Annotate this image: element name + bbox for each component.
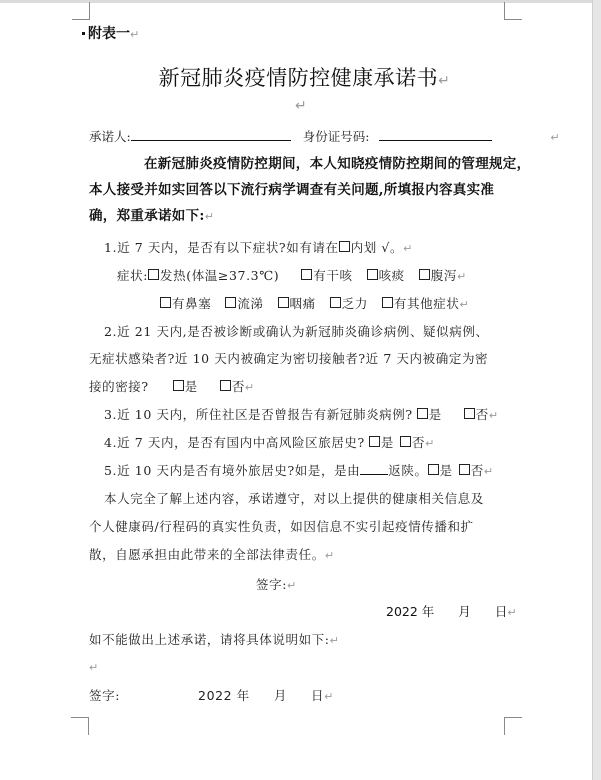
crop-mark-bottom-left [71, 717, 89, 735]
paragraph-mark-icon: ↵ [403, 242, 413, 255]
date-month: 月 [458, 604, 471, 619]
date-year: 2022 年 [386, 604, 434, 619]
symptoms-row-1: 症状:发热(体温≥37.3℃)有干咳咳痰腹泻↵ [117, 267, 467, 286]
question-2-line-3: 接的密接?是否↵ [89, 378, 255, 397]
signature-1: 签字:↵ [256, 576, 297, 595]
checkbox-q2-yes[interactable] [173, 380, 184, 391]
paragraph-mark-icon: ↵ [89, 661, 98, 674]
checkbox-q4-yes[interactable] [369, 436, 380, 447]
paragraph-mark-icon: ↵ [457, 270, 467, 283]
return-origin-field[interactable] [360, 462, 388, 475]
commitment-line-3: 散，自愿承担由此带来的全部法律责任。↵ [89, 546, 335, 565]
signature-label: 签字: [89, 688, 120, 703]
question-2-line-2: 无症状感染者?近 10 天内被确定为密切接触者?近 7 天内被确定为密 [89, 350, 488, 368]
date-month: 月 [274, 688, 287, 703]
question-1: 1.近 7 天内，是否有以下症状?如有请在内划 √。↵ [104, 239, 413, 258]
checkbox-q5-no[interactable] [459, 464, 470, 475]
id-number-field[interactable] [379, 127, 492, 141]
annex-label: 附表一↵ [82, 25, 139, 44]
checkbox-phlegm[interactable] [367, 269, 378, 280]
checkbox-q3-yes[interactable] [417, 408, 428, 419]
checkbox-dry-cough[interactable] [301, 269, 312, 280]
checkbox-q5-yes[interactable] [428, 464, 439, 475]
paragraph-mark-icon: ↵ [205, 210, 215, 223]
question-3: 3.近 10 天内，所住社区是否曾报告有新冠肺炎病例?是否↵ [104, 406, 499, 425]
checkbox-fever[interactable] [148, 269, 159, 280]
checkbox-example [339, 241, 350, 252]
commitment-line-2: 个人健康码/行程码的真实性负责，如因信息不实引起疫情传播和扩 [89, 518, 474, 536]
intro-line-3: 确，郑重承诺如下:↵ [89, 207, 214, 226]
date-year: 2022 年 [198, 688, 250, 703]
checkbox-q4-no[interactable] [400, 436, 411, 447]
signature-2: 签字:2022 年月日↵ [89, 687, 334, 706]
question-5: 5.近 10 天内是否有境外旅居史?如是，是由返陕。是否↵ [104, 462, 494, 481]
promiser-fields-row: 承诺人: 身份证号码: ↵ [89, 127, 560, 147]
crop-mark-top-left [72, 2, 90, 20]
date-day: 日 [495, 604, 508, 619]
paragraph-mark-icon: ↵ [325, 549, 335, 562]
commitment-line-1: 本人完全了解上述内容，承诺遵守，对以上提供的健康相关信息及 [104, 490, 484, 508]
checkbox-runny-nose[interactable] [225, 297, 236, 308]
question-2-line-1: 2.近 21 天内,是否被诊断或确认为新冠肺炎确诊病例、疑似病例、 [104, 323, 489, 341]
date-1: 2022 年月日↵ [386, 603, 517, 622]
symptoms-row-2: 有鼻塞流涕咽痛乏力有其他症状↵ [160, 295, 469, 314]
vertical-scrollbar-track[interactable] [592, 0, 601, 780]
paragraph-mark-icon: ↵ [245, 381, 255, 394]
checkbox-diarrhea[interactable] [419, 269, 430, 280]
paragraph-mark-icon: ↵ [295, 98, 307, 114]
signature-label: 签字: [256, 577, 287, 592]
question-4: 4.近 7 天内，是否有国内中高风险区旅居史?是否↵ [104, 434, 435, 453]
date-day: 日 [311, 688, 324, 703]
paragraph-mark-icon: ↵ [287, 579, 297, 592]
paragraph-mark-icon: ↵ [459, 298, 469, 311]
paragraph-mark-icon: ↵ [324, 690, 334, 703]
checkbox-fatigue[interactable] [330, 297, 341, 308]
paragraph-mark-icon: ↵ [330, 634, 340, 647]
paragraph-mark-icon: ↵ [550, 131, 559, 144]
id-number-label: 身份证号码: [303, 129, 370, 144]
intro-line-2: 本人接受并如实回答以下流行病学调查有关问题,所填报内容真实准 [89, 181, 494, 199]
empty-paragraph: ↵ [89, 659, 98, 677]
promiser-label: 承诺人: [89, 129, 131, 144]
paragraph-mark-icon: ↵ [438, 73, 450, 89]
crop-mark-top-right [504, 2, 522, 20]
paragraph-mark-icon: ↵ [489, 409, 499, 422]
checkbox-q2-no[interactable] [220, 380, 231, 391]
checkbox-other-symptoms[interactable] [382, 297, 393, 308]
list-bullet-icon [82, 32, 85, 35]
checkbox-q3-no[interactable] [464, 408, 475, 419]
empty-paragraph: ↵ [295, 97, 307, 116]
paragraph-mark-icon: ↵ [507, 606, 516, 619]
paragraph-mark-icon: ↵ [130, 28, 139, 41]
checkbox-sore-throat[interactable] [278, 297, 289, 308]
document-title: 新冠肺炎疫情防控健康承诺书↵ [0, 64, 601, 95]
checkbox-nasal-congestion[interactable] [160, 297, 171, 308]
promiser-name-field[interactable] [131, 127, 291, 141]
paragraph-mark-icon: ↵ [484, 465, 494, 478]
crop-mark-bottom-right [504, 717, 522, 735]
explanation-prompt: 如不能做出上述承诺，请将具体说明如下:↵ [89, 631, 339, 650]
intro-line-1: 在新冠肺炎疫情防控期间，本人知晓疫情防控期间的管理规定， [144, 155, 530, 173]
paragraph-mark-icon: ↵ [425, 437, 435, 450]
